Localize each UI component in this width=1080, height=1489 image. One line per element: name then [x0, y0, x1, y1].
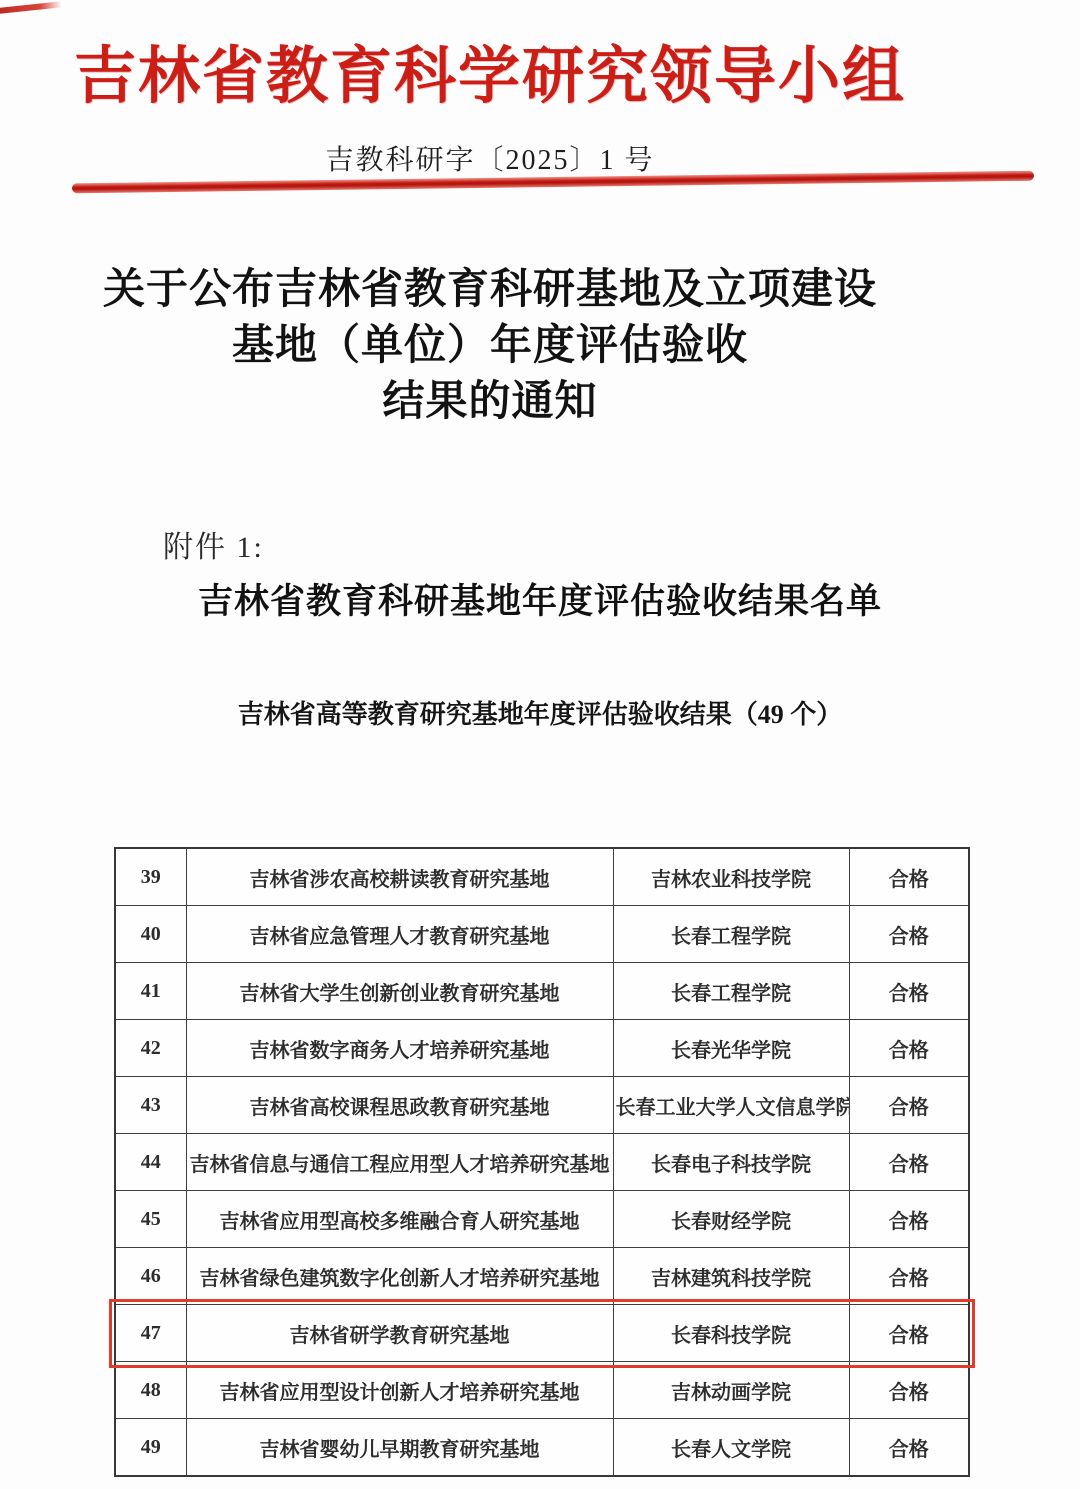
attachment-title: 吉林省教育科研基地年度评估验收结果名单: [0, 574, 1080, 624]
cell-institution: 长春科技学院: [613, 1305, 849, 1362]
cell-row-number: 49: [115, 1419, 186, 1477]
cell-row-number: 40: [115, 906, 186, 963]
table-row: 43 吉林省高校课程思政教育研究基地 长春工业大学人文信息学院 合格: [115, 1077, 969, 1134]
table-row: 39 吉林省涉农高校耕读教育研究基地 吉林农业科技学院 合格: [115, 848, 969, 906]
cell-base-name: 吉林省大学生创新创业教育研究基地: [186, 963, 613, 1020]
table-row: 41 吉林省大学生创新创业教育研究基地 长春工程学院 合格: [115, 963, 969, 1020]
cell-result: 合格: [849, 1134, 969, 1191]
document-page: 吉林省教育科学研究领导小组 吉教科研字〔2025〕1 号 关于公布吉林省教育科研…: [0, 0, 1080, 1489]
table-row: 46 吉林省绿色建筑数字化创新人才培养研究基地 吉林建筑科技学院 合格: [115, 1248, 969, 1305]
cell-institution: 吉林农业科技学院: [613, 848, 849, 906]
cell-result: 合格: [849, 1362, 969, 1419]
table-caption: 吉林省高等教育研究基地年度评估验收结果（49 个）: [0, 694, 1080, 731]
cell-base-name: 吉林省数字商务人才培养研究基地: [186, 1020, 613, 1077]
notice-title: 关于公布吉林省教育科研基地及立项建设 基地（单位）年度评估验收 结果的通知: [0, 262, 1080, 430]
cell-result: 合格: [849, 848, 969, 906]
cell-row-number: 45: [115, 1191, 186, 1248]
cell-base-name: 吉林省信息与通信工程应用型人才培养研究基地: [186, 1134, 613, 1191]
cell-row-number: 44: [115, 1134, 186, 1191]
cell-institution: 长春光华学院: [613, 1020, 849, 1077]
cell-row-number: 42: [115, 1020, 186, 1077]
cell-row-number: 47: [115, 1305, 186, 1362]
cell-base-name: 吉林省研学教育研究基地: [186, 1305, 613, 1362]
cell-row-number: 48: [115, 1362, 186, 1419]
cell-institution: 长春工程学院: [613, 906, 849, 963]
cell-base-name: 吉林省涉农高校耕读教育研究基地: [186, 848, 613, 906]
cell-institution: 长春工业大学人文信息学院: [613, 1077, 849, 1134]
scan-artifact-mark: [0, 1, 62, 14]
cell-base-name: 吉林省婴幼儿早期教育研究基地: [186, 1419, 613, 1477]
cell-result: 合格: [849, 1020, 969, 1077]
table-row: 47 吉林省研学教育研究基地 长春科技学院 合格: [115, 1305, 969, 1362]
cell-row-number: 41: [115, 963, 186, 1020]
table-row: 48 吉林省应用型设计创新人才培养研究基地 吉林动画学院 合格: [115, 1362, 969, 1419]
cell-institution: 吉林建筑科技学院: [613, 1248, 849, 1305]
results-table-body: 39 吉林省涉农高校耕读教育研究基地 吉林农业科技学院 合格 40 吉林省应急管…: [115, 848, 969, 1476]
cell-institution: 吉林动画学院: [613, 1362, 849, 1419]
notice-title-line-1: 关于公布吉林省教育科研基地及立项建设: [0, 262, 980, 318]
table-row: 44 吉林省信息与通信工程应用型人才培养研究基地 长春电子科技学院 合格: [115, 1134, 969, 1191]
cell-result: 合格: [849, 906, 969, 963]
table-row: 40 吉林省应急管理人才教育研究基地 长春工程学院 合格: [115, 906, 969, 963]
table-row: 42 吉林省数字商务人才培养研究基地 长春光华学院 合格: [115, 1020, 969, 1077]
attachment-label: 附件 1:: [163, 522, 264, 566]
cell-result: 合格: [849, 1305, 969, 1362]
cell-result: 合格: [849, 1077, 969, 1134]
cell-base-name: 吉林省绿色建筑数字化创新人才培养研究基地: [186, 1248, 613, 1305]
cell-row-number: 39: [115, 848, 186, 906]
cell-base-name: 吉林省应急管理人才教育研究基地: [186, 906, 613, 963]
cell-institution: 长春工程学院: [613, 963, 849, 1020]
cell-base-name: 吉林省高校课程思政教育研究基地: [186, 1077, 613, 1134]
cell-institution: 长春财经学院: [613, 1191, 849, 1248]
cell-base-name: 吉林省应用型设计创新人才培养研究基地: [186, 1362, 613, 1419]
cell-institution: 长春电子科技学院: [613, 1134, 849, 1191]
notice-title-line-3: 结果的通知: [0, 374, 980, 430]
org-title: 吉林省教育科学研究领导小组: [0, 26, 1080, 115]
cell-row-number: 46: [115, 1248, 186, 1305]
table-row: 49 吉林省婴幼儿早期教育研究基地 长春人文学院 合格: [115, 1419, 969, 1477]
notice-title-line-2: 基地（单位）年度评估验收: [0, 318, 980, 374]
cell-row-number: 43: [115, 1077, 186, 1134]
cell-result: 合格: [849, 1248, 969, 1305]
table-row: 45 吉林省应用型高校多维融合育人研究基地 长春财经学院 合格: [115, 1191, 969, 1248]
results-table: 39 吉林省涉农高校耕读教育研究基地 吉林农业科技学院 合格 40 吉林省应急管…: [114, 847, 970, 1477]
cell-result: 合格: [849, 1419, 969, 1477]
cell-result: 合格: [849, 1191, 969, 1248]
cell-base-name: 吉林省应用型高校多维融合育人研究基地: [186, 1191, 613, 1248]
cell-institution: 长春人文学院: [613, 1419, 849, 1477]
cell-result: 合格: [849, 963, 969, 1020]
